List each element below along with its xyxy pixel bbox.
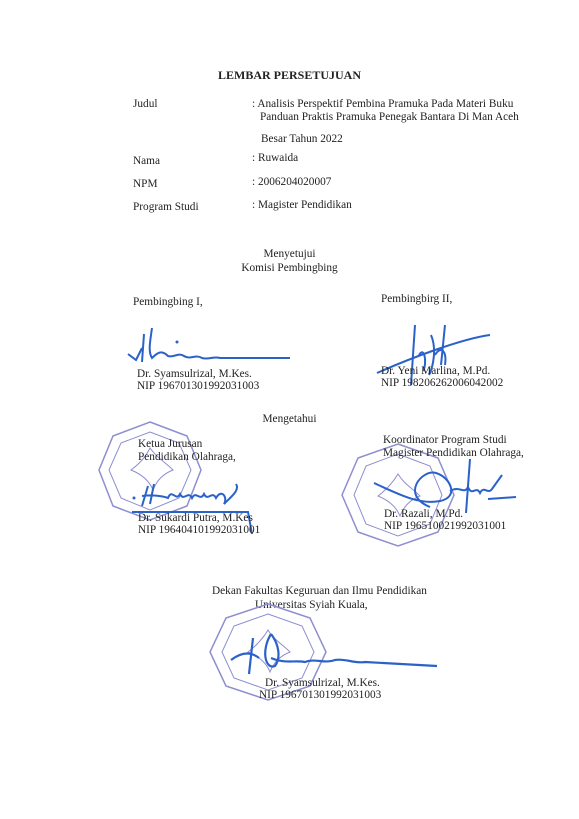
field-value-judul-line2: Panduan Praktis Pramuka Penegak Bantara …	[260, 110, 519, 124]
supervisor-1-nip: NIP 196701301992031003	[137, 379, 259, 393]
approval-heading-line1: Menyetujui	[0, 247, 579, 261]
field-label-nama: Nama	[133, 154, 160, 168]
field-label-program-studi: Program Studi	[133, 200, 199, 214]
supervisor-2-role: Pembingbirg II,	[381, 292, 452, 306]
field-value-program-studi: : Magister Pendidikan	[252, 198, 352, 212]
head-department-nip: NIP 196404101992031001	[138, 523, 260, 537]
supervisor-2-nip: NIP 198206262006042002	[381, 376, 503, 390]
field-label-npm: NPM	[133, 177, 158, 191]
field-value-judul-line1: : Analisis Perspektif Pembina Pramuka Pa…	[252, 97, 513, 111]
field-value-npm: : 2006204020007	[252, 175, 331, 189]
supervisor-1-signature-icon	[122, 322, 297, 367]
page-title: LEMBAR PERSETUJUAN	[0, 68, 579, 82]
head-department-role-line1: Ketua Jurusan	[138, 437, 202, 451]
approval-heading-line2: Komisi Pembingbing	[0, 261, 579, 275]
program-coordinator-role-line1: Koordinator Program Studi	[383, 433, 507, 447]
field-value-nama: : Ruwaida	[252, 151, 298, 165]
dean-nip: NIP 196701301992031003	[259, 688, 381, 702]
dean-signature-icon	[225, 630, 445, 680]
field-label-judul: Judul	[133, 97, 157, 111]
program-coordinator-nip: NIP 196510021992031001	[384, 519, 506, 533]
field-value-judul-line3: Besar Tahun 2022	[261, 132, 343, 146]
dean-role-line1: Dekan Fakultas Keguruan dan Ilmu Pendidi…	[212, 584, 427, 598]
head-department-role-line2: Pendidikan Olahraga,	[138, 450, 236, 464]
supervisor-1-role: Pembingbing I,	[133, 295, 203, 309]
acknowledged-heading: Mengetahui	[0, 412, 579, 426]
